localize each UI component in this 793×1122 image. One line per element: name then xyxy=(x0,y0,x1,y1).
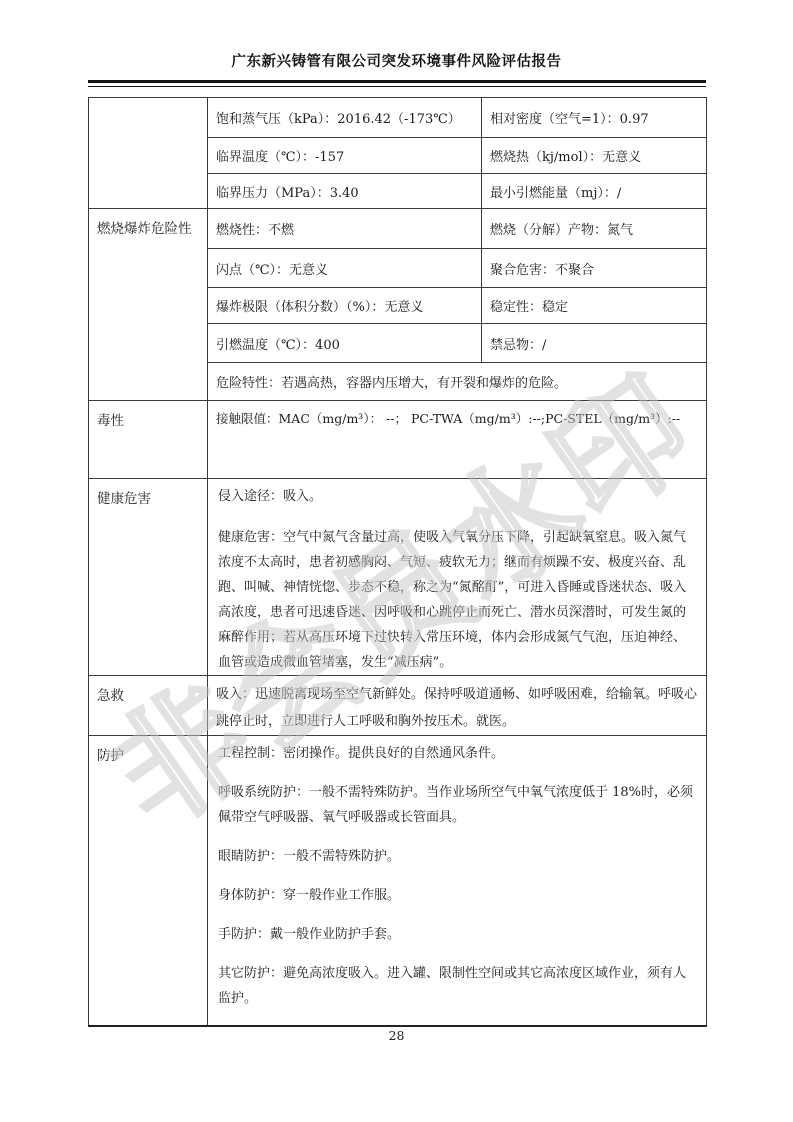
page-number: 28 xyxy=(0,1028,793,1043)
property-cell: 相对密度（空气=1）：0.97 xyxy=(482,98,707,138)
property-cell: 引燃温度（℃）：400 xyxy=(208,324,482,363)
protection-paragraph: 手防护：戴一般作业防护手套。 xyxy=(218,922,696,947)
property-cell: 饱和蒸气压（kPa）：2016.42（-173℃） xyxy=(208,98,482,138)
protection-cell: 工程控制：密闭操作。提供良好的自然通风条件。 呼吸系统防护：一般不需特殊防护。当… xyxy=(208,736,707,1027)
property-cell: 稳定性：稳定 xyxy=(482,288,707,324)
page-title: 广东新兴铸管有限公司突发环境事件风险评估报告 xyxy=(0,50,793,71)
property-cell: 闪点（℃）：无意义 xyxy=(208,249,482,288)
document-page: 广东新兴铸管有限公司突发环境事件风险评估报告 饱和蒸气压（kPa）：2016.4… xyxy=(0,0,793,1122)
protection-paragraph: 身体防护：穿一般作业工作服。 xyxy=(218,883,696,908)
section-label-fire-explosion: 燃烧爆炸危险性 xyxy=(89,209,208,401)
protection-paragraph: 工程控制：密闭操作。提供良好的自然通风条件。 xyxy=(218,741,696,766)
protection-paragraph: 眼睛防护：一般不需特殊防护。 xyxy=(218,844,696,869)
table-row: 饱和蒸气压（kPa）：2016.42（-173℃） 相对密度（空气=1）：0.9… xyxy=(89,98,707,138)
first-aid-text: 吸入：迅速脱离现场至空气新鲜处。保持呼吸道通畅、如呼吸困难，给输氧。呼吸心跳停止… xyxy=(216,681,698,735)
table-row: 燃烧爆炸危险性 燃烧性：不燃 燃烧（分解）产物：氮气 xyxy=(89,209,707,249)
section-label-health-hazard: 健康危害 xyxy=(89,479,208,676)
property-cell: 燃烧热（kj/mol）：无意义 xyxy=(482,138,707,174)
property-cell: 爆炸极限（体积分数）（%）：无意义 xyxy=(208,288,482,324)
table-row: 毒性 接触限值：MAC（mg/m³）： --； PC-TWA（mg/m³）:--… xyxy=(89,401,707,479)
protection-paragraph: 呼吸系统防护：一般不需特殊防护。当作业场所空气中氧气浓度低于 18%时，必须佩带… xyxy=(218,780,696,830)
property-cell: 聚合危害：不聚合 xyxy=(482,249,707,288)
property-cell: 燃烧性：不燃 xyxy=(208,209,482,249)
hazard-note-cell: 危险特性：若遇高热，容器内压增大，有开裂和爆炸的危险。 xyxy=(208,363,707,401)
property-cell: 临界压力（MPa）：3.40 xyxy=(208,174,482,209)
section-label-first-aid: 急救 xyxy=(89,676,208,736)
table-row: 急救 吸入：迅速脱离现场至空气新鲜处。保持呼吸道通畅、如呼吸困难，给输氧。呼吸心… xyxy=(89,676,707,736)
table-row: 健康危害 侵入途径：吸入。 健康危害：空气中氮气含量过高，使吸入气氧分压下降，引… xyxy=(89,479,707,676)
health-hazard-cell: 侵入途径：吸入。 健康危害：空气中氮气含量过高，使吸入气氧分压下降，引起缺氧窒息… xyxy=(208,479,707,676)
property-cell: 最小引燃能量（mj）：/ xyxy=(482,174,707,209)
toxicity-value-cell: 接触限值：MAC（mg/m³）： --； PC-TWA（mg/m³）:--;PC… xyxy=(208,401,707,479)
header-divider xyxy=(88,80,706,87)
section-label-protection: 防护 xyxy=(89,736,208,1027)
property-cell: 临界温度（℃）：-157 xyxy=(208,138,482,174)
section-label-toxicity: 毒性 xyxy=(89,401,208,479)
msds-table: 饱和蒸气压（kPa）：2016.42（-173℃） 相对密度（空气=1）：0.9… xyxy=(88,97,707,1027)
first-aid-cell: 吸入：迅速脱离现场至空气新鲜处。保持呼吸道通畅、如呼吸困难，给输氧。呼吸心跳停止… xyxy=(208,676,707,736)
health-paragraph: 健康危害：空气中氮气含量过高，使吸入气氧分压下降，引起缺氧窒息。吸入氮气浓度不太… xyxy=(218,525,696,675)
property-cell: 禁忌物：/ xyxy=(482,324,707,363)
property-cell: 燃烧（分解）产物：氮气 xyxy=(482,209,707,249)
section-label-empty xyxy=(89,98,208,209)
protection-paragraph: 其它防护：避免高浓度吸入。进入罐、限制性空间或其它高浓度区域作业，须有人监护。 xyxy=(218,961,696,1011)
table-row: 防护 工程控制：密闭操作。提供良好的自然通风条件。 呼吸系统防护：一般不需特殊防… xyxy=(89,736,707,1027)
health-paragraph: 侵入途径：吸入。 xyxy=(218,484,696,509)
